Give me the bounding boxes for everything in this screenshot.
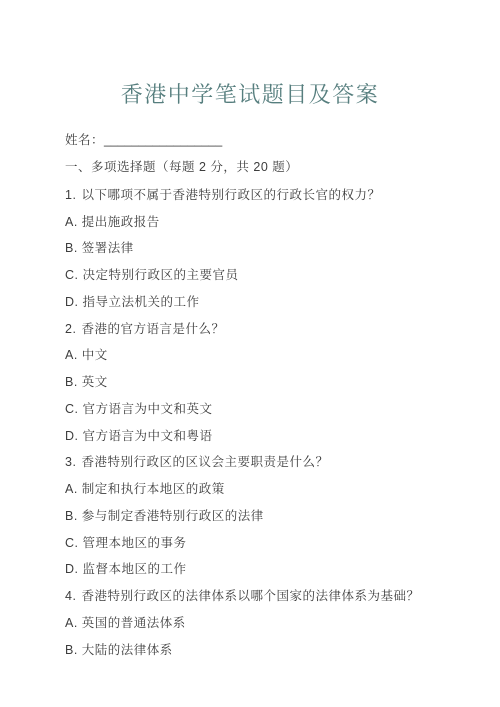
question-4-option-b: B. 大陆的法律体系: [65, 643, 445, 658]
question-1-body: 以下哪项不属于香港特别行政区的行政长官的权力？: [81, 188, 380, 202]
question-2-number: 2.: [65, 322, 76, 336]
question-1-text: 1.以下哪项不属于香港特别行政区的行政长官的权力？: [65, 188, 445, 203]
question-1-option-d: D. 指导立法机关的工作: [65, 295, 445, 310]
question-3-option-d: D. 监督本地区的工作: [65, 562, 445, 577]
question-3-text: 3.香港特别行政区的区议会主要职责是什么？: [65, 455, 445, 470]
question-2-option-a: A. 中文: [65, 348, 445, 363]
question-2-text: 2.香港的官方语言是什么？: [65, 322, 445, 337]
document-title: 香港中学笔试题目及答案: [55, 82, 445, 108]
question-3-option-c: C. 管理本地区的事务: [65, 536, 445, 551]
question-3: 3.香港特别行政区的区议会主要职责是什么？ A. 制定和执行本地区的政策 B. …: [65, 455, 445, 577]
question-3-body: 香港特别行政区的区议会主要职责是什么？: [81, 455, 328, 469]
question-1-option-c: C. 决定特别行政区的主要官员: [65, 268, 445, 283]
question-1-option-b: B. 签署法律: [65, 241, 445, 256]
question-1-option-a: A. 提出施政报告: [65, 215, 445, 230]
question-2: 2.香港的官方语言是什么？ A. 中文 B. 英文 C. 官方语言为中文和英文 …: [65, 322, 445, 444]
question-2-body: 香港的官方语言是什么？: [81, 322, 224, 336]
question-4-body: 香港特别行政区的法律体系以哪个国家的法律体系为基础？: [81, 589, 419, 603]
question-2-option-b: B. 英文: [65, 375, 445, 390]
question-4-text: 4.香港特别行政区的法律体系以哪个国家的法律体系为基础？: [65, 589, 445, 604]
question-2-option-c: C. 官方语言为中文和英文: [65, 402, 445, 417]
question-3-option-b: B. 参与制定香港特别行政区的法律: [65, 509, 445, 524]
question-4-option-a: A. 英国的普通法体系: [65, 616, 445, 631]
question-1-number: 1.: [65, 188, 76, 202]
question-4-number: 4.: [65, 589, 76, 603]
name-label: 姓名：: [65, 133, 104, 147]
name-blank-line: _________________: [104, 133, 222, 147]
question-4: 4.香港特别行政区的法律体系以哪个国家的法律体系为基础？ A. 英国的普通法体系…: [65, 589, 445, 657]
question-3-option-a: A. 制定和执行本地区的政策: [65, 482, 445, 497]
question-1: 1.以下哪项不属于香港特别行政区的行政长官的权力？ A. 提出施政报告 B. 签…: [65, 188, 445, 310]
document-page: 香港中学笔试题目及答案 姓名：_________________ 一、多项选择题…: [0, 0, 500, 707]
question-2-option-d: D. 官方语言为中文和粤语: [65, 429, 445, 444]
section-header: 一、多项选择题（每题 2 分，共 20 题）: [65, 160, 445, 175]
question-3-number: 3.: [65, 455, 76, 469]
name-row: 姓名：_________________: [65, 133, 445, 148]
